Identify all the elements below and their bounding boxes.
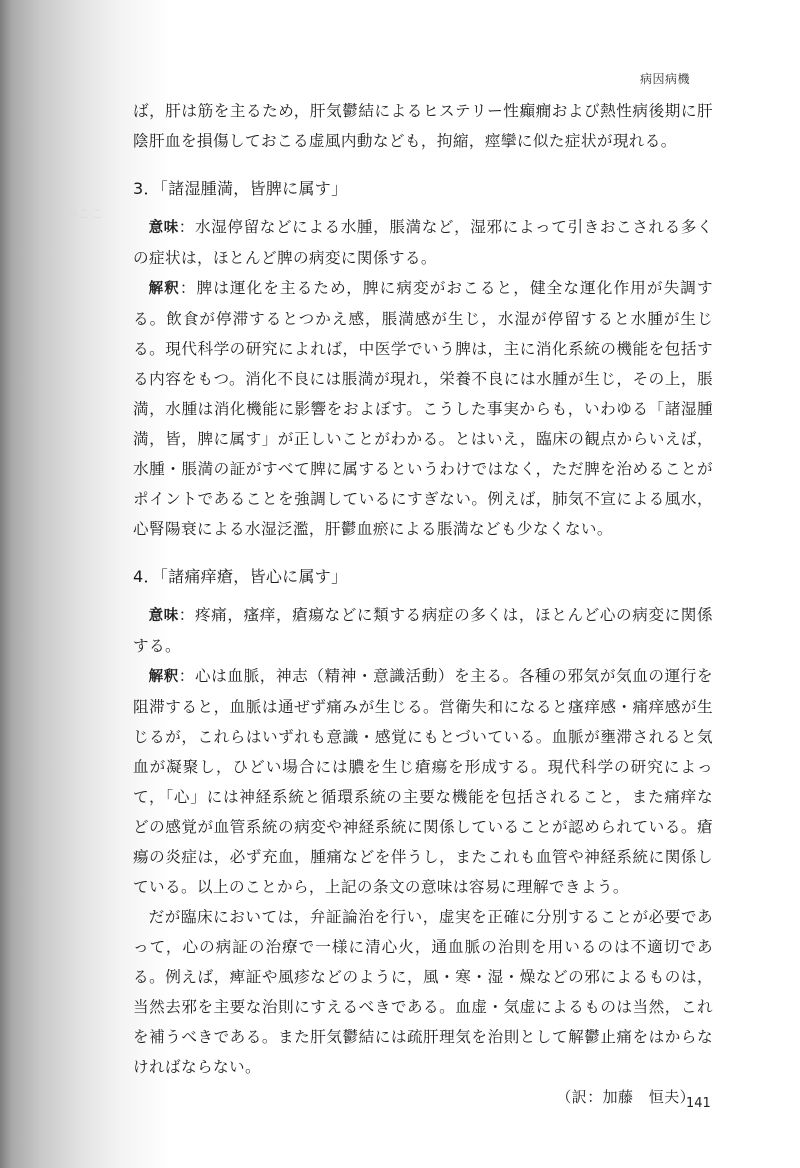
explanation-text: ：心は血脈，神志（精神・意識活動）を主る。各種の邪気が気血の運行を阻滞すると，血… <box>133 667 713 896</box>
section-4-closing: だが臨床においては，弁証論治を行い，虚実を正確に分別することが必要であって，心の… <box>133 902 713 1082</box>
page-number: 141 <box>686 1096 711 1111</box>
running-head: 病因病機 <box>640 70 690 87</box>
page-body: ば，肝は筋を主るため，肝気鬱結によるヒステリー性癲癇および熱性病後期に肝陰肝血を… <box>133 96 713 1112</box>
translator-credit: （訳：加藤 恒夫） <box>133 1082 713 1112</box>
section-4-explanation: 解釈：心は血脈，神志（精神・意識活動）を主る。各種の邪気が気血の運行を阻滞すると… <box>133 661 713 902</box>
section-3-explanation: 解釈：脾は運化を主るため，脾に病変がおこると，健全な運化作用が失調する。飲食が停… <box>133 273 713 544</box>
bleed-through-text: ここの 。は，I転 病証のう である。 はと疑し ために， といった 水が出た … <box>54 200 104 230</box>
explanation-label: 解釈 <box>149 669 179 685</box>
continuation-paragraph: ば，肝は筋を主るため，肝気鬱結によるヒステリー性癲癇および熱性病後期に肝陰肝血を… <box>133 96 713 156</box>
explanation-label: 解釈 <box>149 281 180 297</box>
section-3-meaning: 意味：水湿停留などによる水腫，脹満など，湿邪によって引きおこされる多くの症状は，… <box>133 212 713 273</box>
section-4-meaning: 意味：疼痛，瘙痒，瘡瘍などに類する病症の多くは，ほとんど心の病変に関係する。 <box>133 600 713 661</box>
meaning-text: ：疼痛，瘙痒，瘡瘍などに類する病症の多くは，ほとんど心の病変に関係する。 <box>133 606 713 655</box>
explanation-text: ：脾は運化を主るため，脾に病変がおこると，健全な運化作用が失調する。飲食が停滞す… <box>133 279 713 538</box>
section-3-heading: 3．「諸湿腫満，皆脾に属す」 <box>133 174 713 204</box>
meaning-text: ：水湿停留などによる水腫，脹満など，湿邪によって引きおこされる多くの症状は，ほと… <box>133 218 713 267</box>
meaning-label: 意味 <box>149 608 179 624</box>
meaning-label: 意味 <box>149 220 179 236</box>
section-4-heading: 4．「諸痛痒瘡，皆心に属す」 <box>133 562 713 592</box>
